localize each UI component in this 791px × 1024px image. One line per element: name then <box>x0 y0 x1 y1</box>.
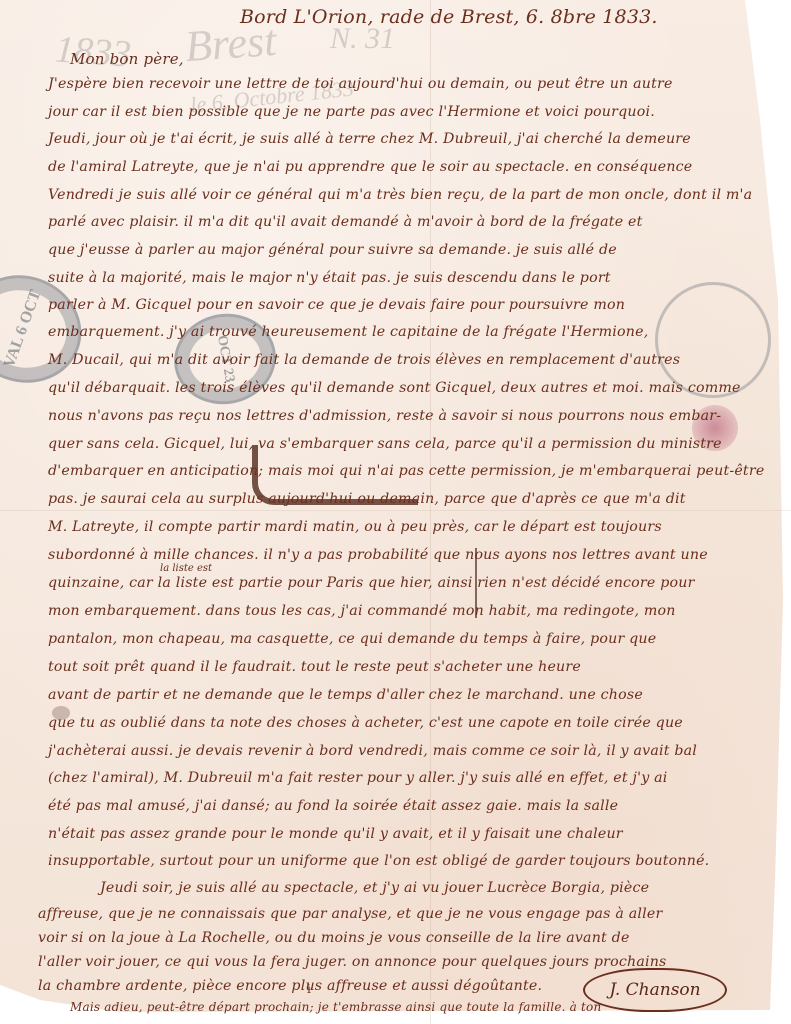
letter-line: M. Ducail, qui m'a dit avoir fait la dem… <box>48 352 680 368</box>
letter-line: nous n'avons pas reçu nos lettres d'admi… <box>48 408 721 424</box>
letter-line-paragraph2: Jeudi soir, je suis allé au spectacle, e… <box>100 880 649 896</box>
letter-line: tout soit prêt quand il le faudrait. tou… <box>48 659 581 675</box>
letter-line: (chez l'amiral), M. Dubreuil m'a fait re… <box>48 770 668 786</box>
letter-line: que tu as oublié dans ta note des choses… <box>48 715 683 731</box>
letter-line-paragraph2: affreuse, que je ne connaissais que par … <box>38 906 662 922</box>
signature: J. Chanson <box>609 980 700 1000</box>
dateline: Bord L'Orion, rade de Brest, 6. 8bre 183… <box>240 6 658 28</box>
letter-line: insupportable, surtout pour un uniforme … <box>48 853 709 869</box>
letter-line-paragraph2: voir si on la joue à La Rochelle, ou du … <box>38 930 630 946</box>
letter-line: avant de partir et ne demande que le tem… <box>48 687 643 703</box>
page-mark: i <box>307 982 311 996</box>
letter-line: J'espère bien recevoir une lettre de toi… <box>48 76 673 92</box>
letter-content: Bord L'Orion, rade de Brest, 6. 8bre 183… <box>0 0 791 1024</box>
letter-line: qu'il débarquait. les trois élèves qu'il… <box>48 380 741 396</box>
letter-line: j'achèterai aussi. je devais revenir à b… <box>48 743 697 759</box>
interlinear-insertion: la liste est <box>160 563 212 574</box>
letter-line: d'embarquer en anticipation; mais moi qu… <box>48 463 764 479</box>
letter-line: de l'amiral Latreyte, que je n'ai pu app… <box>48 159 692 175</box>
letter-line: pas. je saurai cela au surplus aujourd'h… <box>48 491 686 507</box>
letter-line: Jeudi, jour où je t'ai écrit, je suis al… <box>48 131 691 147</box>
letter-line: suite à la majorité, mais le major n'y é… <box>48 270 611 286</box>
letter-line: parlé avec plaisir. il m'a dit qu'il ava… <box>48 214 643 230</box>
letter-line: Vendredi je suis allé voir ce général qu… <box>48 187 752 203</box>
letter-line: jour car il est bien possible que je ne … <box>48 104 655 120</box>
letter-line: été pas mal amusé, j'ai dansé; au fond l… <box>48 798 618 814</box>
letter-line: embarquement. j'y ai trouvé heureusement… <box>48 324 648 340</box>
letter-line: pantalon, mon chapeau, ma casquette, ce … <box>48 631 656 647</box>
signature-flourish: J. Chanson <box>583 968 727 1012</box>
letter-line: n'était pas assez grande pour le monde q… <box>48 826 623 842</box>
letter-line-paragraph2: la chambre ardente, pièce encore plus af… <box>38 978 542 994</box>
letter-line: subordonné à mille chances. il n'y a pas… <box>48 547 708 563</box>
letter-line-paragraph2: l'aller voir jouer, ce qui vous la fera … <box>38 954 667 970</box>
letter-line: quinzaine, car la liste est partie pour … <box>48 575 695 591</box>
letter-line: parler à M. Gicquel pour en savoir ce qu… <box>48 297 625 313</box>
salutation: Mon bon père, <box>70 50 184 68</box>
letter-line: mon embarquement. dans tous les cas, j'a… <box>48 603 676 619</box>
letter-line: quer sans cela. Gicquel, lui, va s'embar… <box>48 436 722 452</box>
letter-line: que j'eusse à parler au major général po… <box>48 242 617 258</box>
letter-line: M. Latreyte, il compte partir mardi mati… <box>48 519 662 535</box>
